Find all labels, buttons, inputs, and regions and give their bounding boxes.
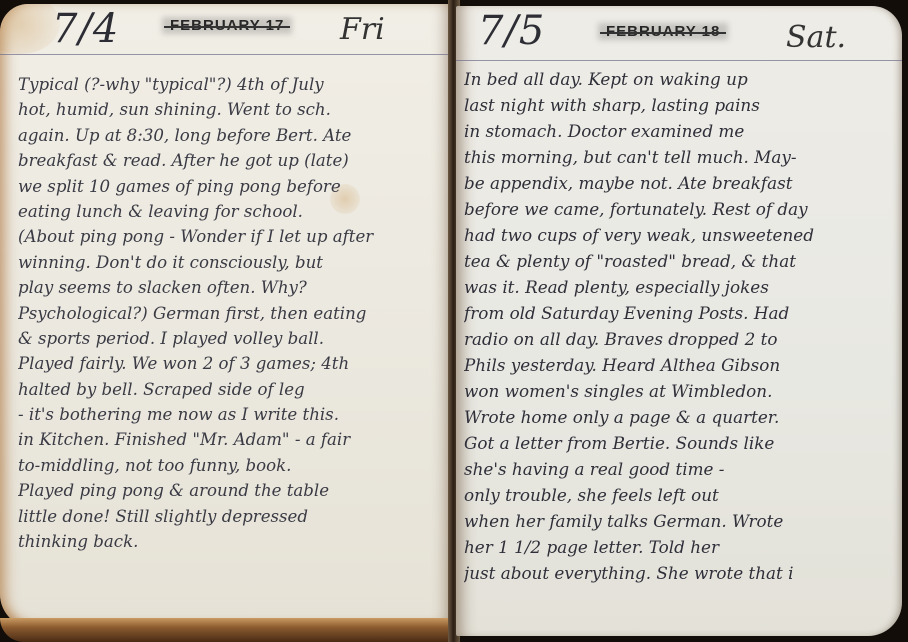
printed-date: FEBRUARY 18 [606,23,720,40]
entry-line: little done! Still slightly depressed [18,504,448,529]
entry-line: Psychological?) German first, then eatin… [18,301,448,326]
entry-line: Got a letter from Bertie. Sounds like [464,430,898,456]
entry-line: Played fairly. We won 2 of 3 games; 4th [18,351,448,376]
entry-line: - it's bothering me now as I write this. [18,402,448,427]
left-page: 7/4 FEBRUARY 17 Fri Typical (?-why "typi… [0,4,452,628]
entry-line: won women's singles at Wimbledon. [464,378,898,404]
weekday: Fri [340,12,385,47]
entry-line: from old Saturday Evening Posts. Had [464,300,898,326]
entry-line: halted by bell. Scraped side of leg [18,377,448,402]
entry-line: just about everything. She wrote that i [464,560,898,586]
right-page: 7/5 FEBRUARY 18 Sat. In bed all day. Kep… [456,6,902,636]
page-edge [0,618,452,642]
entry-line: breakfast & read. After he got up (late) [18,148,448,173]
entry-line: eating lunch & leaving for school. [18,199,448,224]
entry-line: in stomach. Doctor examined me [464,118,898,144]
entry-line: was it. Read plenty, especially jokes [464,274,898,300]
entry-line: she's having a real good time - [464,456,898,482]
weekday: Sat. [786,20,846,55]
entry-line: again. Up at 8:30, long before Bert. Ate [18,123,448,148]
entry-line: this morning, but can't tell much. May- [464,144,898,170]
entry-line: (About ping pong - Wonder if I let up af… [18,224,448,249]
header-rule [456,60,902,61]
entry-line: last night with sharp, lasting pains [464,92,898,118]
entry-line: only trouble, she feels left out [464,482,898,508]
entry-line: when her family talks German. Wrote [464,508,898,534]
entry-line: Wrote home only a page & a quarter. [464,404,898,430]
entry-line: play seems to slacken often. Why? [18,275,448,300]
entry-line: tea & plenty of "roasted" bread, & that [464,248,898,274]
entry-line: Played ping pong & around the table [18,478,448,503]
header-rule [0,54,452,55]
handwritten-date: 7/4 [52,6,119,52]
entry-line: her 1 1/2 page letter. Told her [464,534,898,560]
entry-line: In bed all day. Kept on waking up [464,66,898,92]
printed-date: FEBRUARY 17 [170,17,284,34]
entry-line: had two cups of very weak, unsweetened [464,222,898,248]
entry-line: & sports period. I played volley ball. [18,326,448,351]
entry-line: in Kitchen. Finished "Mr. Adam" - a fair [18,427,448,452]
entry-line: radio on all day. Braves dropped 2 to [464,326,898,352]
entry-line: Typical (?-why "typical"?) 4th of July [18,72,448,97]
entry-line: Phils yesterday. Heard Althea Gibson [464,352,898,378]
entry-line: be appendix, maybe not. Ate breakfast [464,170,898,196]
diary-entry-text: In bed all day. Kept on waking up last n… [464,66,898,586]
diary-entry-text: Typical (?-why "typical"?) 4th of July h… [18,72,448,554]
entry-line: before we came, fortunately. Rest of day [464,196,898,222]
entry-line: we split 10 games of ping pong before [18,174,448,199]
entry-line: winning. Don't do it consciously, but [18,250,448,275]
entry-line: hot, humid, sun shining. Went to sch. [18,97,448,122]
diary-spread: 7/4 FEBRUARY 17 Fri Typical (?-why "typi… [0,0,908,642]
entry-line: to-middling, not too funny, book. [18,453,448,478]
entry-line: thinking back. [18,529,448,554]
stain [0,4,60,54]
handwritten-date: 7/5 [478,8,545,54]
